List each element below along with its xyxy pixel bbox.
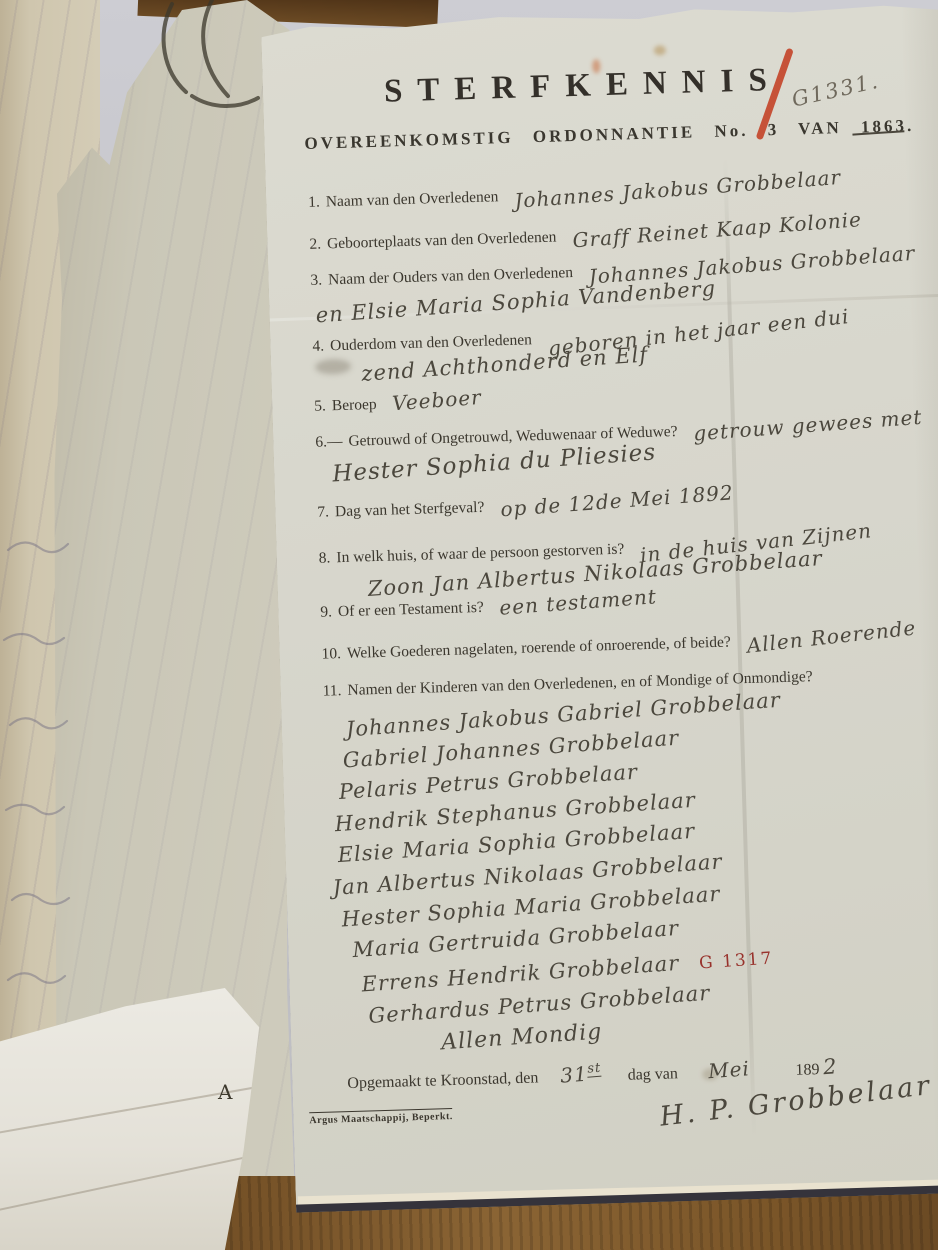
field-number: 7.: [317, 503, 329, 520]
field-label: Welke Goederen nagelaten, roerende of on…: [347, 634, 731, 662]
field-number: 4.: [312, 337, 324, 354]
field-value-handwritten: getrouw gewees met: [693, 405, 924, 446]
form-field-2: 2.Geboorteplaats van den Overledenen Gra…: [309, 213, 862, 253]
day-suffix: st: [587, 1061, 602, 1078]
photograph-of-death-notice: A STERFKENNIS G1331. OVEREENKOMSTIG ORDO…: [0, 0, 938, 1250]
field-value-handwritten: op de 12de Mei 1892: [499, 480, 734, 521]
declaration-mid: dag van: [627, 1065, 678, 1083]
field-label: Beroep: [332, 396, 377, 414]
field-label: Dag van het Sterfgeval?: [335, 499, 485, 520]
field-number: 9.: [320, 603, 332, 620]
field-value-handwritten: Graff Reinet Kaap Kolonie: [572, 207, 863, 252]
reference-code-top: G1331.: [790, 69, 882, 112]
field-label: Naam van den Overledenen: [326, 188, 499, 210]
year-printed: 189: [795, 1061, 819, 1079]
field-number: 2.: [309, 236, 321, 253]
declaration-line: Opgemaakt te Kroonstad, den 31st dag van…: [347, 1055, 838, 1094]
day-number: 31: [559, 1062, 588, 1088]
erasure-smudge: [315, 359, 351, 375]
field-label: Ouderdom van den Overledenen: [330, 331, 532, 354]
printer-imprint: Argus Maatschappij, Beperkt.: [309, 1108, 453, 1126]
field-label: Naam der Ouders van den Overledenen: [328, 264, 573, 288]
ink-flourish-marks: [150, 0, 280, 116]
page-edge-shadow: [901, 0, 938, 1193]
field-value-handwritten: Allen Roerende: [746, 615, 918, 657]
field-number: 3.: [310, 272, 322, 289]
declaration-prefix: Opgemaakt te Kroonstad, den: [347, 1069, 538, 1092]
paper-stain: [654, 45, 666, 55]
form-title: STERFKENNIS: [372, 61, 793, 110]
faint-handwriting-bleedthrough: [0, 520, 95, 1040]
children-note: Allen Mondig: [440, 1019, 603, 1055]
field-number: 8.: [319, 549, 331, 566]
month-handwritten: Mei: [707, 1056, 750, 1083]
form-field-1: 1.Naam van den Overledenen Johannes Jako…: [308, 172, 842, 212]
field-number: 11.: [322, 682, 341, 700]
sterfkennis-form-page: STERFKENNIS G1331. OVEREENKOMSTIG ORDONN…: [261, 0, 938, 1212]
year-digit-handwritten: 2: [823, 1054, 839, 1079]
reference-code-children: G 1317: [699, 949, 774, 974]
day-handwritten: 31st: [559, 1061, 602, 1088]
field-number: 1.: [308, 194, 320, 211]
field-number: 5.: [314, 397, 326, 414]
field-value-handwritten: Veeboer: [392, 385, 483, 415]
field-value-handwritten: Johannes Jakobus Grobbelaar: [514, 165, 842, 213]
form-field-5: 5.Beroep Veeboer: [314, 387, 482, 416]
margin-letter-a: A: [218, 1080, 232, 1104]
field-label: Geboorteplaats van den Overledenen: [327, 229, 557, 253]
form-field-10: 10.Welke Goederen nagelaten, roerende of…: [321, 622, 917, 664]
form-subtitle: OVEREENKOMSTIG ORDONNANTIE No. 3 VAN 186…: [299, 116, 919, 154]
form-field-7: 7.Dag van het Sterfgeval? op de 12de Mei…: [317, 485, 734, 521]
field-label: Of er een Testament is?: [338, 599, 484, 620]
field-number: 6.—: [315, 433, 343, 451]
field-number: 10.: [321, 645, 341, 663]
